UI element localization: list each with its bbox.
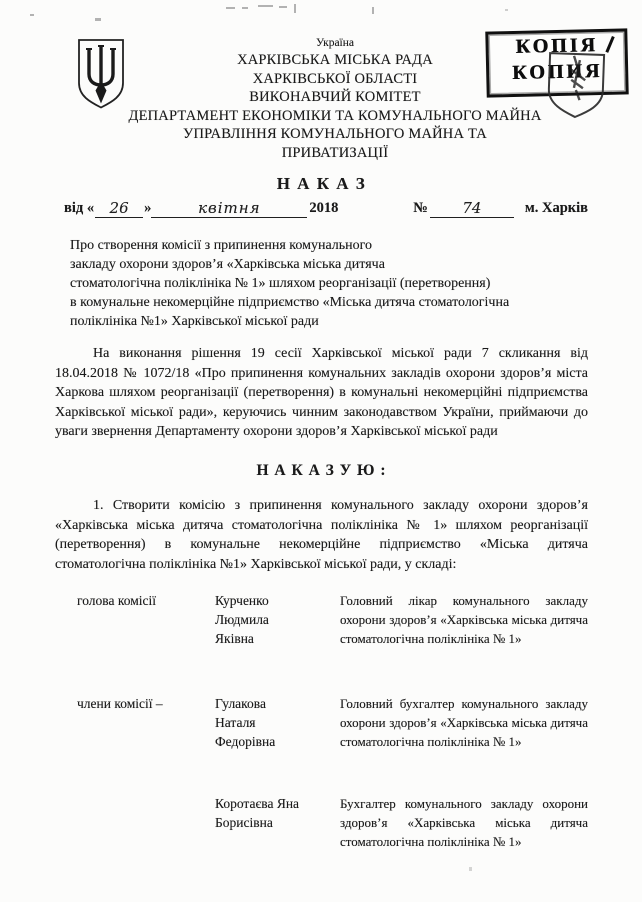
org-line-department: ДЕПАРТАМЕНТ ЕКОНОМІКИ ТА КОМУНАЛЬНОГО МА… — [100, 107, 570, 126]
scan-artifact — [294, 4, 296, 13]
date-close-quote: » — [144, 200, 151, 217]
commission-member-position: Бухгалтер комунального закладу охорони з… — [340, 794, 588, 851]
scan-artifact — [372, 7, 374, 14]
date-number-line: від « 26 » квітня 2018 № 74 м. Харків — [64, 198, 588, 217]
order-title: Н А К А З — [55, 174, 588, 194]
commission-member-name: Гулакова Наталя Федорівна — [215, 694, 303, 751]
order-item-1: 1. Створити комісію з припинення комунал… — [55, 496, 588, 574]
subject-line: поліклініка №1» Харківської міської ради — [70, 312, 580, 331]
order-number-group: № 74 м. Харків — [413, 198, 588, 217]
city-label: м. Харків — [525, 200, 588, 217]
subject-line: стоматологічна поліклініка № 1» шляхом р… — [70, 274, 580, 293]
scan-artifact — [242, 7, 248, 9]
org-line-privatization: ПРИВАТИЗАЦІЇ — [100, 144, 570, 163]
scanned-order-page: Україна ХАРКІВСЬКА МІСЬКА РАДА ХАРКІВСЬК… — [0, 0, 642, 902]
scan-artifact — [505, 9, 508, 11]
number-sign: № — [413, 200, 428, 217]
date-year: 2018 — [309, 200, 338, 217]
org-line-administration: УПРАВЛІННЯ КОМУНАЛЬНОГО МАЙНА ТА — [100, 125, 570, 144]
commission-role: голова комісії — [77, 591, 202, 610]
seal-emblem — [542, 49, 610, 123]
subject-line: в комунальне некомерційне підприємство «… — [70, 293, 580, 312]
subject-line: закладу охорони здоров’я «Харківська міс… — [70, 255, 580, 274]
scan-artifact — [469, 867, 472, 871]
date-from-label: від « — [64, 200, 94, 217]
handwritten-order-number: 74 — [430, 199, 514, 218]
preamble-paragraph: На виконання рішення 19 сесії Харківсько… — [55, 344, 588, 442]
handwritten-day: 26 — [95, 199, 143, 218]
subject-line: Про створення комісії з припинення комун… — [70, 236, 580, 255]
scan-artifact — [30, 14, 34, 16]
subject-block: Про створення комісії з припинення комун… — [70, 236, 580, 331]
commission-member-name: Коротаєва Яна Борисівна — [215, 794, 303, 832]
commission-member-position: Головний лікар комунального закладу охор… — [340, 591, 588, 648]
commission-member-position: Головний бухгалтер комунального закладу … — [340, 694, 588, 751]
scan-artifact — [279, 6, 287, 8]
scan-artifact — [258, 5, 273, 7]
commission-role: члени комісії – — [77, 694, 202, 713]
order-resolution-heading: Н А К А З У Ю : — [55, 462, 588, 480]
commission-member-name: Курченко Людмила Яківна — [215, 591, 303, 648]
scan-artifact — [95, 18, 101, 21]
scan-artifact — [226, 7, 235, 9]
handwritten-month: квітня — [151, 199, 307, 218]
